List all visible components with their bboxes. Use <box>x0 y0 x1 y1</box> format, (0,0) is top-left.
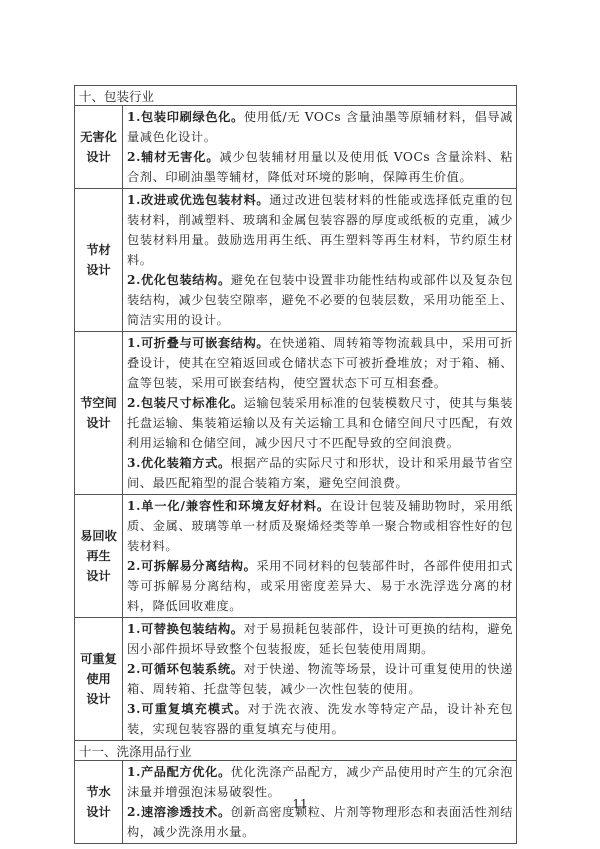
table-row: 可重复 使用 设计 1.可替换包装结构。对于易损耗包装部件，设计可更换的结构，避… <box>75 618 517 741</box>
list-item: 1.产品配方优化。优化洗涤产品配方，减少产品使用时产生的冗余泡沫量并增强泡沫易破… <box>127 762 513 802</box>
category-cell: 节材 设计 <box>75 189 123 332</box>
table-row: 节材 设计 1.改进或优选包装材料。通过改进包装材料的性能或选择低克重的包装材料… <box>75 189 517 332</box>
list-item: 2.辅材无害化。减少包装辅材用量以及使用低 VOCs 含量涂料、粘合剂、印刷油墨… <box>127 147 513 187</box>
list-item: 2.可循环包装系统。对于快递、物流等场景，设计可重复使用的快递箱、周转箱、托盘等… <box>127 659 513 699</box>
guidelines-table: 十、包装行业 无害化 设计 1.包装印刷绿色化。使用低/无 VOCs 含量油墨等… <box>74 85 517 844</box>
table-row: 无害化 设计 1.包装印刷绿色化。使用低/无 VOCs 含量油墨等原辅材料，倡导… <box>75 106 517 189</box>
table-row: 易回收 再生 设计 1.单一化/兼容性和环境友好材料。在设计包装及辅助物时，采用… <box>75 495 517 618</box>
category-cell: 无害化 设计 <box>75 106 123 189</box>
list-item: 2.优化包装结构。避免在包装中设置非功能性结构或部件以及复杂包装结构，减少包装空… <box>127 270 513 330</box>
description-cell: 1.可替换包装结构。对于易损耗包装部件，设计可更换的结构，避免因小部件损坏导致整… <box>123 618 517 741</box>
description-cell: 1.改进或优选包装材料。通过改进包装材料的性能或选择低克重的包装材料，削减塑料、… <box>123 189 517 332</box>
list-item: 1.单一化/兼容性和环境友好材料。在设计包装及辅助物时，采用纸质、金属、玻璃等单… <box>127 496 513 556</box>
description-cell: 1.可折叠与可嵌套结构。在快递箱、周转箱等物流载具中，采用可折叠设计，使其在空箱… <box>123 332 517 495</box>
section-header: 十一、洗涤用品行业 <box>75 741 517 761</box>
category-cell: 节空间 设计 <box>75 332 123 495</box>
list-item: 3.可重复填充模式。对于洗衣液、洗发水等特定产品，设计补充包装，实现包装容器的重… <box>127 699 513 739</box>
list-item: 1.改进或优选包装材料。通过改进包装材料的性能或选择低克重的包装材料，削减塑料、… <box>127 190 513 270</box>
category-cell: 可重复 使用 设计 <box>75 618 123 741</box>
list-item: 2.包装尺寸标准化。运输包装采用标准的包装模数尺寸，使其与集装托盘运输、集装箱运… <box>127 393 513 453</box>
list-item: 3.优化装箱方式。根据产品的实际尺寸和形状，设计和采用最节省空间、最匹配箱型的混… <box>127 453 513 493</box>
page-number: 11 <box>0 797 600 811</box>
category-cell: 易回收 再生 设计 <box>75 495 123 618</box>
table-row: 节空间 设计 1.可折叠与可嵌套结构。在快递箱、周转箱等物流载具中，采用可折叠设… <box>75 332 517 495</box>
section-header: 十、包装行业 <box>75 86 517 106</box>
list-item: 2.可拆解易分离结构。采用不同材料的包装部件时，各部件使用扣式等可拆解易分离结构… <box>127 556 513 616</box>
list-item: 1.包装印刷绿色化。使用低/无 VOCs 含量油墨等原辅材料，倡导减量减色化设计… <box>127 107 513 147</box>
description-cell: 1.包装印刷绿色化。使用低/无 VOCs 含量油墨等原辅材料，倡导减量减色化设计… <box>123 106 517 189</box>
description-cell: 1.单一化/兼容性和环境友好材料。在设计包装及辅助物时，采用纸质、金属、玻璃等单… <box>123 495 517 618</box>
list-item: 1.可替换包装结构。对于易损耗包装部件，设计可更换的结构，避免因小部件损坏导致整… <box>127 619 513 659</box>
list-item: 1.可折叠与可嵌套结构。在快递箱、周转箱等物流载具中，采用可折叠设计，使其在空箱… <box>127 333 513 393</box>
